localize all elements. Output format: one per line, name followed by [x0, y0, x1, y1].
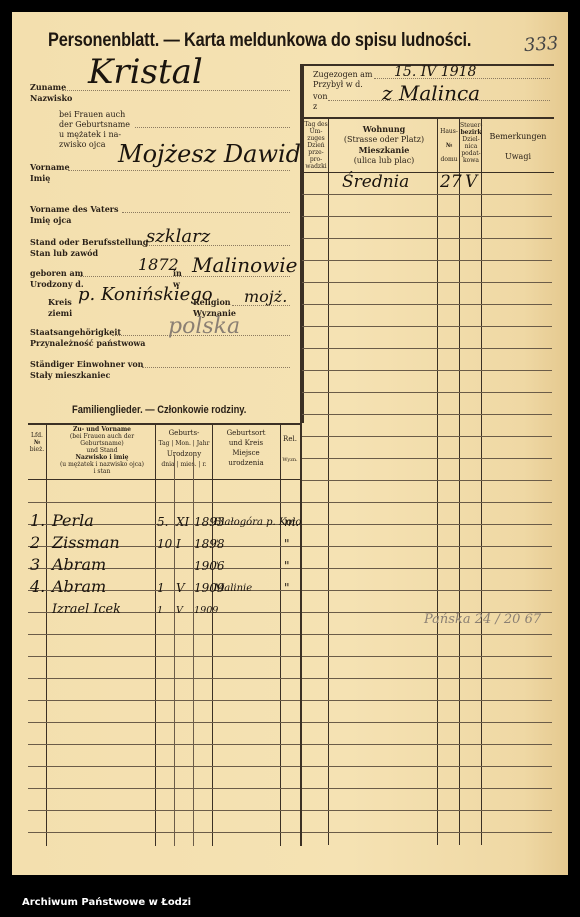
family-header-place: Geburtsortund KreisMiejsceurodzenia: [212, 428, 280, 468]
father-line: [122, 212, 290, 213]
family-member-year[interactable]: 1898: [194, 537, 225, 551]
family-header-bottom: [28, 479, 300, 480]
residence-row-line: [302, 392, 552, 393]
residence-row-line: [302, 502, 552, 503]
residence-row-line: [302, 216, 552, 217]
residence-row-line: [302, 238, 552, 239]
residence-row-line: [302, 722, 552, 723]
family-header-rel: Rel.Wyzn.: [280, 434, 300, 465]
family-member-year[interactable]: 1909: [194, 605, 218, 616]
residence-row-line: [302, 568, 552, 569]
residence-row-line: [302, 656, 552, 657]
citizenship-value[interactable]: polska: [168, 314, 240, 339]
family-member-day[interactable]: 10: [157, 537, 172, 551]
residence-street-value[interactable]: Średnia: [342, 172, 409, 192]
family-member-name[interactable]: Abram: [52, 577, 106, 596]
occupation-value[interactable]: szklarz: [146, 226, 210, 247]
first-name-value[interactable]: Mojżesz Dawid: [118, 140, 301, 168]
family-member-rel[interactable]: m.: [284, 515, 299, 529]
residence-row-line: [302, 810, 552, 811]
family-member-name[interactable]: Izrael Icek: [52, 602, 121, 617]
family-row-line: [28, 832, 300, 833]
family-member-no[interactable]: 3: [30, 555, 40, 574]
family-row-line: [28, 634, 300, 635]
page-title: Personenblatt. — Karta meldunkowa do spi…: [48, 30, 471, 52]
maiden-line: [135, 127, 290, 128]
family-header-name: Zu- und Vorname(bei Frauen auch der Gebu…: [48, 426, 156, 475]
born-label: geboren amUrodzony d.: [30, 268, 84, 290]
family-member-month[interactable]: V: [176, 581, 185, 595]
residence-house-value[interactable]: 27: [440, 172, 462, 192]
occupation-label: Stand oder BerufsstellungStan lub zawód: [30, 237, 148, 259]
residence-header-bottom: [302, 172, 554, 173]
first-name-line: [68, 170, 290, 171]
born-place-value[interactable]: Malinowie: [192, 253, 297, 277]
residence-row-line: [302, 326, 552, 327]
residence-row-line: [302, 546, 552, 547]
residence-row-line: [302, 458, 552, 459]
surname-value[interactable]: Kristal: [88, 52, 203, 92]
family-table-top: [28, 423, 300, 425]
residence-row-line: [302, 744, 552, 745]
residence-row-line: [302, 634, 552, 635]
residence-row-line: [302, 260, 552, 261]
family-row-line: [28, 656, 300, 657]
district-label: Kreisziemi: [48, 297, 72, 319]
middle-divider: [300, 64, 302, 846]
family-member-place[interactable]: Malinie: [214, 583, 252, 594]
father-label: Vorname des VatersImię ojca: [30, 204, 119, 226]
archive-caption: Archiwum Państwowe w Łodzi: [22, 897, 191, 908]
family-col-line: [280, 425, 281, 846]
moved-label: Zugezogen amPrzybył w d.: [313, 70, 373, 90]
moved-value[interactable]: 15. IV 1918: [394, 64, 476, 80]
residence-row-line: [302, 524, 552, 525]
first-name-label: VornameImię: [30, 162, 70, 184]
residence-table-top: [302, 117, 554, 119]
family-member-day[interactable]: 1: [157, 581, 165, 595]
residence-header-remarks: BemerkungenUwagi: [484, 132, 552, 162]
residence-row-line: [302, 480, 552, 481]
family-row-line: [28, 722, 300, 723]
religion-value[interactable]: mojż.: [244, 287, 287, 306]
family-row-line: [28, 502, 300, 503]
residence-row-line: [302, 370, 552, 371]
family-col-line: [155, 425, 156, 846]
residence-col-line: [459, 117, 460, 845]
family-member-day[interactable]: 5.: [157, 515, 168, 529]
family-member-rel[interactable]: ": [284, 559, 290, 573]
family-member-no[interactable]: 4.: [30, 577, 45, 596]
residence-row-line: [302, 194, 552, 195]
from-value[interactable]: z Malinca: [382, 81, 480, 105]
family-member-name[interactable]: Zissman: [52, 533, 120, 552]
citizenship-label: StaatsangehörigkeitPrzynależność państwo…: [30, 327, 146, 349]
residence-col-line: [437, 117, 438, 845]
family-member-place[interactable]: ": [214, 561, 219, 572]
residence-row-line: [302, 700, 552, 701]
residence-row-line: [302, 348, 552, 349]
family-row-line: [28, 788, 300, 789]
family-row-line: [28, 700, 300, 701]
family-member-name[interactable]: Perla: [52, 511, 94, 530]
family-member-rel[interactable]: ": [284, 581, 290, 595]
resident-line: [142, 367, 290, 368]
family-member-year[interactable]: 1906: [194, 559, 225, 573]
family-member-no[interactable]: 1.: [30, 511, 45, 530]
residence-row-line: [302, 832, 552, 833]
residence-col-line: [481, 117, 482, 845]
residence-col-line: [328, 117, 329, 845]
residence-header-district: Steuer-bezirkDziel-nicapodat-kowa: [460, 122, 482, 164]
residence-row-line: [302, 436, 552, 437]
family-member-no[interactable]: 2: [30, 533, 40, 552]
family-row-line: [28, 810, 300, 811]
family-member-name[interactable]: Abram: [52, 555, 106, 574]
residence-row-line: [302, 766, 552, 767]
family-member-place[interactable]: ": [214, 539, 219, 550]
family-row-line: [28, 678, 300, 679]
residence-district-value[interactable]: V: [465, 172, 477, 192]
family-member-month[interactable]: V: [176, 605, 183, 616]
family-col-line: [46, 425, 47, 846]
residence-header-day: Tag desUm-zugesDzieńprze-pro-wadzki: [304, 121, 328, 170]
residence-row-line: [302, 612, 552, 613]
family-row-line: [28, 744, 300, 745]
family-member-month[interactable]: I: [176, 537, 181, 551]
residence-row-line: [302, 414, 552, 415]
residence-note[interactable]: Pańska 24 / 20 67: [424, 612, 541, 627]
family-row-line: [28, 766, 300, 767]
sheet-number: 333: [523, 33, 559, 56]
residence-header-street: Wohnung(Strasse oder Platz)Mieszkanie(ul…: [330, 124, 438, 166]
residence-row-line: [302, 788, 552, 789]
resident-label: Ständiger Einwohner vonStały mieszkaniec: [30, 359, 144, 381]
family-section-title: Familienglieder. — Członkowie rodziny.: [72, 405, 246, 415]
residence-header-house: Haus-№domu: [438, 128, 460, 163]
family-member-month[interactable]: XI: [176, 515, 189, 529]
family-member-rel[interactable]: ": [284, 537, 290, 551]
family-member-day[interactable]: 1: [157, 605, 163, 616]
residence-row-line: [302, 282, 552, 283]
family-header-birth: Geburts-Tag | Mon. | JahrUrodzonydnia | …: [156, 428, 212, 470]
family-col-line: [212, 425, 213, 846]
residence-row-line: [302, 678, 552, 679]
surname-label: ZunameNazwisko: [30, 82, 72, 104]
family-header-lp: Lfd.№bież.: [28, 432, 46, 453]
from-label: vonz: [313, 92, 328, 112]
residence-row-line: [302, 590, 552, 591]
residence-row-line: [302, 304, 552, 305]
